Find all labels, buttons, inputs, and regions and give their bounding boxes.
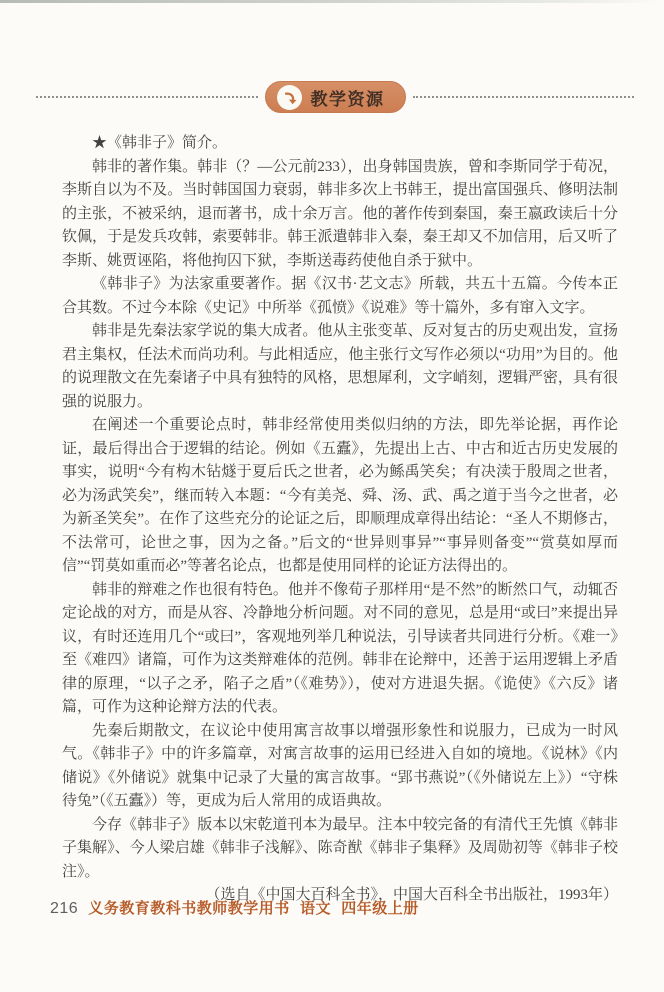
- section-badge: 教学资源: [265, 81, 406, 113]
- paragraph: 韩非的著作集。韩非（？—公元前233），出身韩国贵族，曾和李斯同学于荀况，李斯自…: [62, 156, 618, 274]
- paragraph: 今存《韩非子》版本以宋乾道刊本为最早。注本中较完备的有清代王先慎《韩非子集解》、…: [62, 814, 618, 885]
- dotted-rule-right: [413, 96, 635, 98]
- paragraph: 韩非的辩难之作也很有特色。他并不像荀子那样用“是不然”的断然口气，动辄否定论战的…: [62, 579, 618, 720]
- paragraph: 在阐述一个重要论点时，韩非经常使用类似归纳的方法，即先举论据，再作论证，最后得出…: [62, 414, 618, 579]
- paragraph: 先秦后期散文，在议论中使用寓言故事以增强形象性和说服力，已成为一时风气。《韩非子…: [62, 720, 618, 814]
- textbook-page: 教学资源 ★《韩非子》简介。 韩非的著作集。韩非（？—公元前233），出身韩国贵…: [0, 0, 664, 992]
- article-title: ★《韩非子》简介。: [62, 132, 618, 156]
- dotted-rule-left: [36, 96, 258, 98]
- section-badge-label: 教学资源: [311, 85, 385, 110]
- article-body: ★《韩非子》简介。 韩非的著作集。韩非（？—公元前233），出身韩国贵族，曾和李…: [62, 132, 618, 908]
- page-number: 216: [50, 900, 78, 918]
- paragraph: 《韩非子》为法家重要著作。据《汉书·艺文志》所载，共五十五篇。今传本正合其数。不…: [62, 273, 618, 320]
- section-header: 教学资源: [36, 81, 634, 113]
- book-series-title: 义务教育教科书教师教学用书 语文 四年级上册: [88, 897, 419, 918]
- page-footer: 216 义务教育教科书教师教学用书 语文 四年级上册: [50, 897, 634, 918]
- paragraph: 韩非是先秦法家学说的集大成者。他从主张变革、反对复古的历史观出发，宣扬君主集权，…: [62, 320, 618, 414]
- curved-down-arrow-icon: [277, 85, 302, 110]
- scan-top-edge-line: [0, 0, 664, 3]
